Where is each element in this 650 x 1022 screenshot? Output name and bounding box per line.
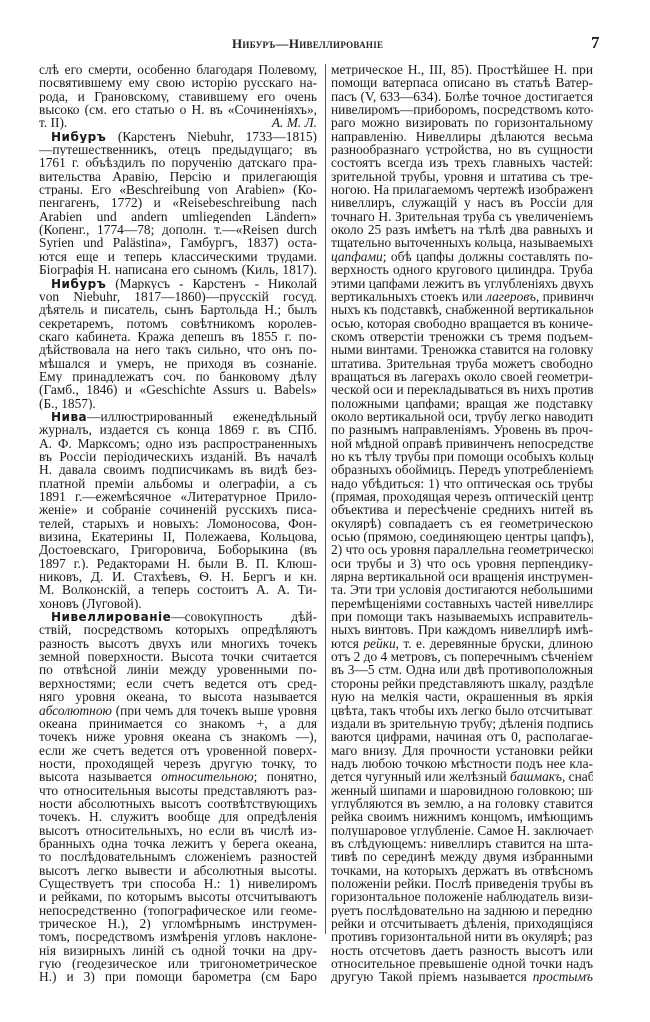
- text-line: надо убѣдиться: 1) что оптическая ось тр…: [331, 477, 593, 490]
- text-line: точнаго Н. Зрительная труба съ увеличені…: [331, 210, 593, 223]
- text-line: ческой оси и перекладываться въ нихъ про…: [331, 383, 593, 396]
- italic-term: цапфами: [331, 250, 383, 263]
- entry-niebuhr-karsten: Нибуръ (Карстенъ Niebuhr, 1733—1815) —пу…: [39, 130, 317, 277]
- text-line: телей, старыхъ и новыхъ: Ломоносова, Фон…: [39, 517, 317, 530]
- text-line: дѣятель и писатель, сынъ Бартольда Н.; б…: [39, 303, 317, 316]
- text-line: нія визирныхъ линій съ одной точки на др…: [39, 944, 317, 957]
- text-line: рейка своимъ нижнимъ концомъ, имѣющимъ: [331, 810, 593, 823]
- text-line: ныхъ винтовъ. При каждомъ нивеллирѣ имѣ-: [331, 623, 593, 636]
- text-line: ности абсолютныхъ высотъ соотвѣтствующих…: [39, 797, 317, 810]
- text-line: окулярѣ) совпадаетъ съ ея геометрическою: [331, 517, 593, 530]
- text-line: 1891 г.—ежемѣсячное «Литературное Прило-: [39, 490, 317, 503]
- text-line: океана принимается со знакомъ +, а для: [39, 717, 317, 730]
- text-line: рода, и Грановскому, ставившему его очен…: [39, 90, 317, 103]
- continuation-paragraph: слѣ его смерти, особенно благодаря Полев…: [39, 63, 317, 130]
- text-line: по разнымъ направленіямъ. Уровень въ про…: [331, 423, 593, 436]
- text-line: положными цапфами; вращая же подставку: [331, 397, 593, 410]
- text-line: тщательно выточенныхъ кольца, называемых…: [331, 236, 593, 249]
- text-line: верхность одного кругового цилиндра. Тру…: [331, 263, 593, 276]
- text-line: ются рейки, т. е. деревянные бруски, дли…: [331, 637, 593, 650]
- text-line: что относительныя высоты представляютъ р…: [39, 784, 317, 797]
- text-line: земной поверхности. Высота точки считает…: [39, 650, 317, 663]
- text-line: страны. Его «Beschreibung von Arabien» (…: [39, 183, 317, 196]
- text-line: секретаремъ, потомъ совѣтникомъ королев-: [39, 317, 317, 330]
- text-line: маго внизу. Для прочности установки рейк…: [331, 744, 593, 757]
- text-line: другую Такой пріемъ называется простымъ: [331, 970, 593, 983]
- text-line: платной преміи альбомы и олеграфіи, а съ: [39, 477, 317, 490]
- text-line: образныхъ обоймицъ. Передъ употребленіем…: [331, 463, 593, 476]
- text-line: ную на мелкія части, окрашенныя въ яркія: [331, 690, 593, 703]
- text-line: то послѣдовательнымъ сложеніемъ разносте…: [39, 850, 317, 863]
- text-line: та. Эти три условія достигаются небольши…: [331, 583, 593, 596]
- text-line: осью (прямою, соединяющею центры цапфъ),: [331, 530, 593, 543]
- column-divider: [325, 64, 326, 934]
- text-line: непосредственно (топографическое или гео…: [39, 904, 317, 917]
- text-line: нивеллиръ, служащій у насъ въ Россіи для: [331, 196, 593, 209]
- text-line: женіе» и собраніе сочиненій русскихъ пис…: [39, 503, 317, 516]
- text-line: (прямая, проходящая черезъ оптическій це…: [331, 490, 593, 503]
- text-line: няго уровня океана, то высота называется: [39, 690, 317, 703]
- text-line: (Копенг., 1774—78; дополн. т.—«Reisen du…: [39, 223, 317, 236]
- headword: Нибуръ: [51, 130, 106, 143]
- text-line: ными винтами. Треножка ставится на голов…: [331, 343, 593, 356]
- text-line: нивелиромъ—приборомъ, посредствомъ кото-: [331, 103, 593, 116]
- text-line: въ 3—5 стм. Одна или двѣ противоположныя: [331, 663, 593, 676]
- text-line: Существуетъ три способа Н.: 1) нивелиром…: [39, 877, 317, 890]
- text-line: объектива и пересѣченіе среднихъ нитей в…: [331, 503, 593, 516]
- text-line: 1897 г.). Редакторами Н. были В. П. Клюш…: [39, 557, 317, 570]
- italic-term: башмакъ: [510, 770, 562, 783]
- text-line: Ему принадлежатъ соч. по банковому дѣлу: [39, 370, 317, 383]
- headword: Нивеллированіе: [51, 610, 171, 623]
- text-line: высотъ легко вывести и абсолютныя высоты…: [39, 864, 317, 877]
- entry-niebuhr-markus: Нибуръ (Маркусъ - Карстенъ - Николай von…: [39, 277, 317, 410]
- text-line: при помощи такъ называемыхъ исправитель-: [331, 610, 593, 623]
- text-line: осью, которая свободно вращается въ кони…: [331, 317, 593, 330]
- text-line: состоятъ всегда изъ трехъ главныхъ часте…: [331, 156, 593, 169]
- text-line: Syrien und Palästina», Гамбургъ, 1837) о…: [39, 236, 317, 249]
- text-line: журналъ, издается съ конца 1869 г. въ СП…: [39, 423, 317, 436]
- text-line: (Б., 1857).: [39, 397, 317, 410]
- text-line: если же счетъ ведется отъ уровенной пове…: [39, 744, 317, 757]
- text-line: штатива. Зрительная труба можетъ свободн…: [331, 357, 593, 370]
- text-line: около 25 разъ имѣетъ на тѣлѣ два равныхъ…: [331, 223, 593, 236]
- text-line: пасъ (V, 633—634). Болѣе точное достигае…: [331, 90, 593, 103]
- text-line: пенгагенъ, 1772) и «Reisebeschreibung na…: [39, 196, 317, 209]
- page-header: Нибуръ—Нивеллированіе 7: [0, 36, 650, 56]
- text-line: въ слѣдующемъ: нивеллиръ ставится на шта…: [331, 837, 593, 850]
- text-line: трическое Н.), 2) угломѣрнымъ инструмен-: [39, 917, 317, 930]
- text-line: визина, Екатерины II, Полежаева, Кольцов…: [39, 530, 317, 543]
- text-line: издали въ зрительную трубу; дѣленія подп…: [331, 717, 593, 730]
- text-line: по отвѣсной линіи между уровенными по-: [39, 663, 317, 676]
- text-line: точекъ ниже уровня океана съ знакомъ —),: [39, 730, 317, 743]
- text-line: Н.) и 3) при помощи барометра (см Баро: [39, 970, 317, 983]
- italic-term: лагеровъ: [486, 290, 536, 303]
- text-line: гую (геодезическое или тригонометрическо…: [39, 957, 317, 970]
- italic-term: рейки: [363, 637, 395, 650]
- text-line: вращаться въ лагерахъ около своей геомет…: [331, 370, 593, 383]
- text-line: скомъ отверстіи треножки съ тремя подъем…: [331, 330, 593, 343]
- text-line: ются еще и теперь классическими трудами.: [39, 250, 317, 263]
- text-line: хоновъ (Луговой).: [39, 597, 317, 610]
- text-line: 1761 г. объѣздилъ по порученію датскаго …: [39, 156, 317, 169]
- running-title: Нибуръ—Нивеллированіе: [232, 36, 383, 52]
- text-line: Біографія Н. написана его сыномъ (Киль, …: [39, 263, 317, 276]
- text-line: ной мѣдной оправѣ привинченъ непосредств…: [331, 437, 593, 450]
- italic-term: абсолютною: [39, 704, 112, 717]
- text-line: высота называется относительною; понятно…: [39, 770, 317, 783]
- text-line: перемѣщеніями составныхъ частей нивеллир…: [331, 597, 593, 610]
- entry-nivellirovanie: Нивеллированіе—совокупность дѣй- ствій, …: [39, 610, 317, 984]
- text-line: этими цапфами лежитъ въ углубленіяхъ дву…: [331, 277, 593, 290]
- text-line: скаго кабинета. Кража депешъ въ 1855 г. …: [39, 330, 317, 343]
- text-line: ность отсчетовъ даетъ разность высотъ ил…: [331, 944, 593, 957]
- text-line: метрическое Н., III, 85). Простѣйшее Н. …: [331, 63, 593, 76]
- text-line: положеніи рейки. Послѣ приведенія трубы …: [331, 877, 593, 890]
- text-line: противъ горизонтальной нити въ окулярѣ; …: [331, 930, 593, 943]
- entry-niva: Нива—иллюстрированный еженедѣльный журна…: [39, 410, 317, 610]
- text-line: von Niebuhr, 1817—1860)—прусскій госуд.: [39, 290, 317, 303]
- right-column: метрическое Н., III, 85). Простѣйшее Н. …: [331, 63, 593, 984]
- entry-first-line: Нибуръ (Карстенъ Niebuhr, 1733—1815): [39, 130, 317, 143]
- text-line: относительное превышеніе одной точки над…: [331, 957, 593, 970]
- text-line: бранныхъ одна точка лежитъ у берега океа…: [39, 837, 317, 850]
- text-line: направленію. Нивеллиры дѣлаются весьма: [331, 130, 593, 143]
- text-line: Достоевскаго, Григоровича, Боборыкина (в…: [39, 543, 317, 556]
- entry-first-line: Нибуръ (Маркусъ - Карстенъ - Николай: [39, 277, 317, 290]
- text-line: разность высотъ двухъ или многихъ точекъ: [39, 637, 317, 650]
- text-line: Н. давала своимъ подписчикамъ въ видѣ бе…: [39, 463, 317, 476]
- text-line: около вертикальной оси, трубу легко наво…: [331, 410, 593, 423]
- entry-first-line: Нива—иллюстрированный еженедѣльный: [39, 410, 317, 423]
- text-line: цапфами; обѣ цапфы должны составлять по-: [331, 250, 593, 263]
- text-line: М. Волконскій, а теперь состоитъ А. А. Т…: [39, 583, 317, 596]
- entry-first-line: Нивеллированіе—совокупность дѣй-: [39, 610, 317, 623]
- text-line: углубляются въ землю, а на головку стави…: [331, 797, 593, 810]
- text-line: —путешественникъ, отецъ предыдущаго; въ: [39, 143, 317, 156]
- text-line: лярна вертикальной оси вращенія инструме…: [331, 570, 593, 583]
- text-line: оси трубы и 3) что ось уровня перпендику…: [331, 557, 593, 570]
- text-line: полушаровое углубленіе. Самое Н. заключа…: [331, 824, 593, 837]
- text-line: надъ любою точкою мѣстности подъ нее кла…: [331, 757, 593, 770]
- italic-term: простымъ: [533, 970, 593, 983]
- text-line: абсолютною (при чемъ для точекъ выше уро…: [39, 704, 317, 717]
- text-line: высоко (см. его статью о Н. въ «Сочинені…: [39, 103, 317, 116]
- text-line: руетъ послѣдовательно на заднюю и передн…: [331, 904, 593, 917]
- text-line: рейки и отсчитываетъ дѣленія, приходящія…: [331, 917, 593, 930]
- text-line: (Гамб., 1846) и «Geschichte Assurs u. Ba…: [39, 383, 317, 396]
- text-line: никовъ, Д. И. Стахѣевъ, Ѳ. Н. Бергъ и кн…: [39, 570, 317, 583]
- text-line: въ Россіи періодическихъ изданій. Въ нач…: [39, 450, 317, 463]
- text-line: верхностями; если счетъ ведется отъ сред…: [39, 677, 317, 690]
- text-line: ности, проходящей черезъ другую точку, т…: [39, 757, 317, 770]
- text-line: горизонтальное положеніе наблюдатель виз…: [331, 890, 593, 903]
- text-line: женный шипами и шаровидною головкою; шип…: [331, 784, 593, 797]
- text-line: высотъ относительныхъ, но если въ числѣ …: [39, 824, 317, 837]
- text-line: ныхъ къ подставкѣ, снабженной вертикальн…: [331, 303, 593, 316]
- text-line: ногою. На прилагаемомъ чертежѣ изображен…: [331, 183, 593, 196]
- text-line: стороны рейки представляютъ шкалу, раздѣ…: [331, 677, 593, 690]
- text-line: точекъ. Н. служитъ вообще для опредѣлені…: [39, 810, 317, 823]
- text-line: дется чугунный или желѣзный башмакъ, сна…: [331, 770, 593, 783]
- text-line: вертикальныхъ стоекъ или лагеровъ, приви…: [331, 290, 593, 303]
- text-line: отъ 2 до 4 метровъ, съ поперечнымъ сѣчен…: [331, 650, 593, 663]
- left-column: слѣ его смерти, особенно благодаря Полев…: [39, 63, 317, 984]
- text-line: дѣйствовала на него такъ сильно, что онъ…: [39, 343, 317, 356]
- signature-line: т. II).А. М. Л.: [39, 116, 317, 129]
- text-line: А. Ф. Марксомъ; одно изъ распространенны…: [39, 437, 317, 450]
- text-line: ствій, посредствомъ которыхъ опредѣляютъ: [39, 623, 317, 636]
- text-line: но къ тѣлу трубы при помощи особыхъ коль…: [331, 450, 593, 463]
- text-line: тивѣ по серединѣ между двумя избранными: [331, 850, 593, 863]
- text-line: раго можно визировать по горизонтальному: [331, 116, 593, 129]
- page-number: 7: [591, 33, 600, 53]
- text-line: ваются цифрами, начиная отъ 0, располага…: [331, 730, 593, 743]
- text-line: зрительной трубы, уровня и штатива съ тр…: [331, 170, 593, 183]
- text-line: слѣ его смерти, особенно благодаря Полев…: [39, 63, 317, 76]
- text-line: помощи ватерпаса описано въ статьѣ Ватер…: [331, 76, 593, 89]
- headword: Нива: [51, 410, 87, 423]
- text-line: вительства Аравію, Персію и прилегающія: [39, 170, 317, 183]
- text-line: точками, на которыхъ держатъ въ отвѣсном…: [331, 864, 593, 877]
- text-line: мѣшался и умеръ, не приходя въ сознаніе.: [39, 357, 317, 370]
- headword: Нибуръ: [51, 277, 106, 290]
- text-line: разнообразнаго устройства, но въ сущност…: [331, 143, 593, 156]
- text-line: посвятившему ему свою исторію русскаго н…: [39, 76, 317, 89]
- text-line: Arabien und andern umliegenden Ländern»: [39, 210, 317, 223]
- italic-term: относительною: [161, 770, 253, 783]
- text-line: цвѣта, такъ чтобы ихъ легко было отсчиты…: [331, 704, 593, 717]
- text-line: и рейками, по которымъ высоты отсчитываю…: [39, 890, 317, 903]
- text-line: томъ, посредствомъ измѣренія угловъ накл…: [39, 930, 317, 943]
- text-line: 2) что ось уровня параллельна геометриче…: [331, 543, 593, 556]
- author-signature: А. М. Л.: [272, 116, 317, 129]
